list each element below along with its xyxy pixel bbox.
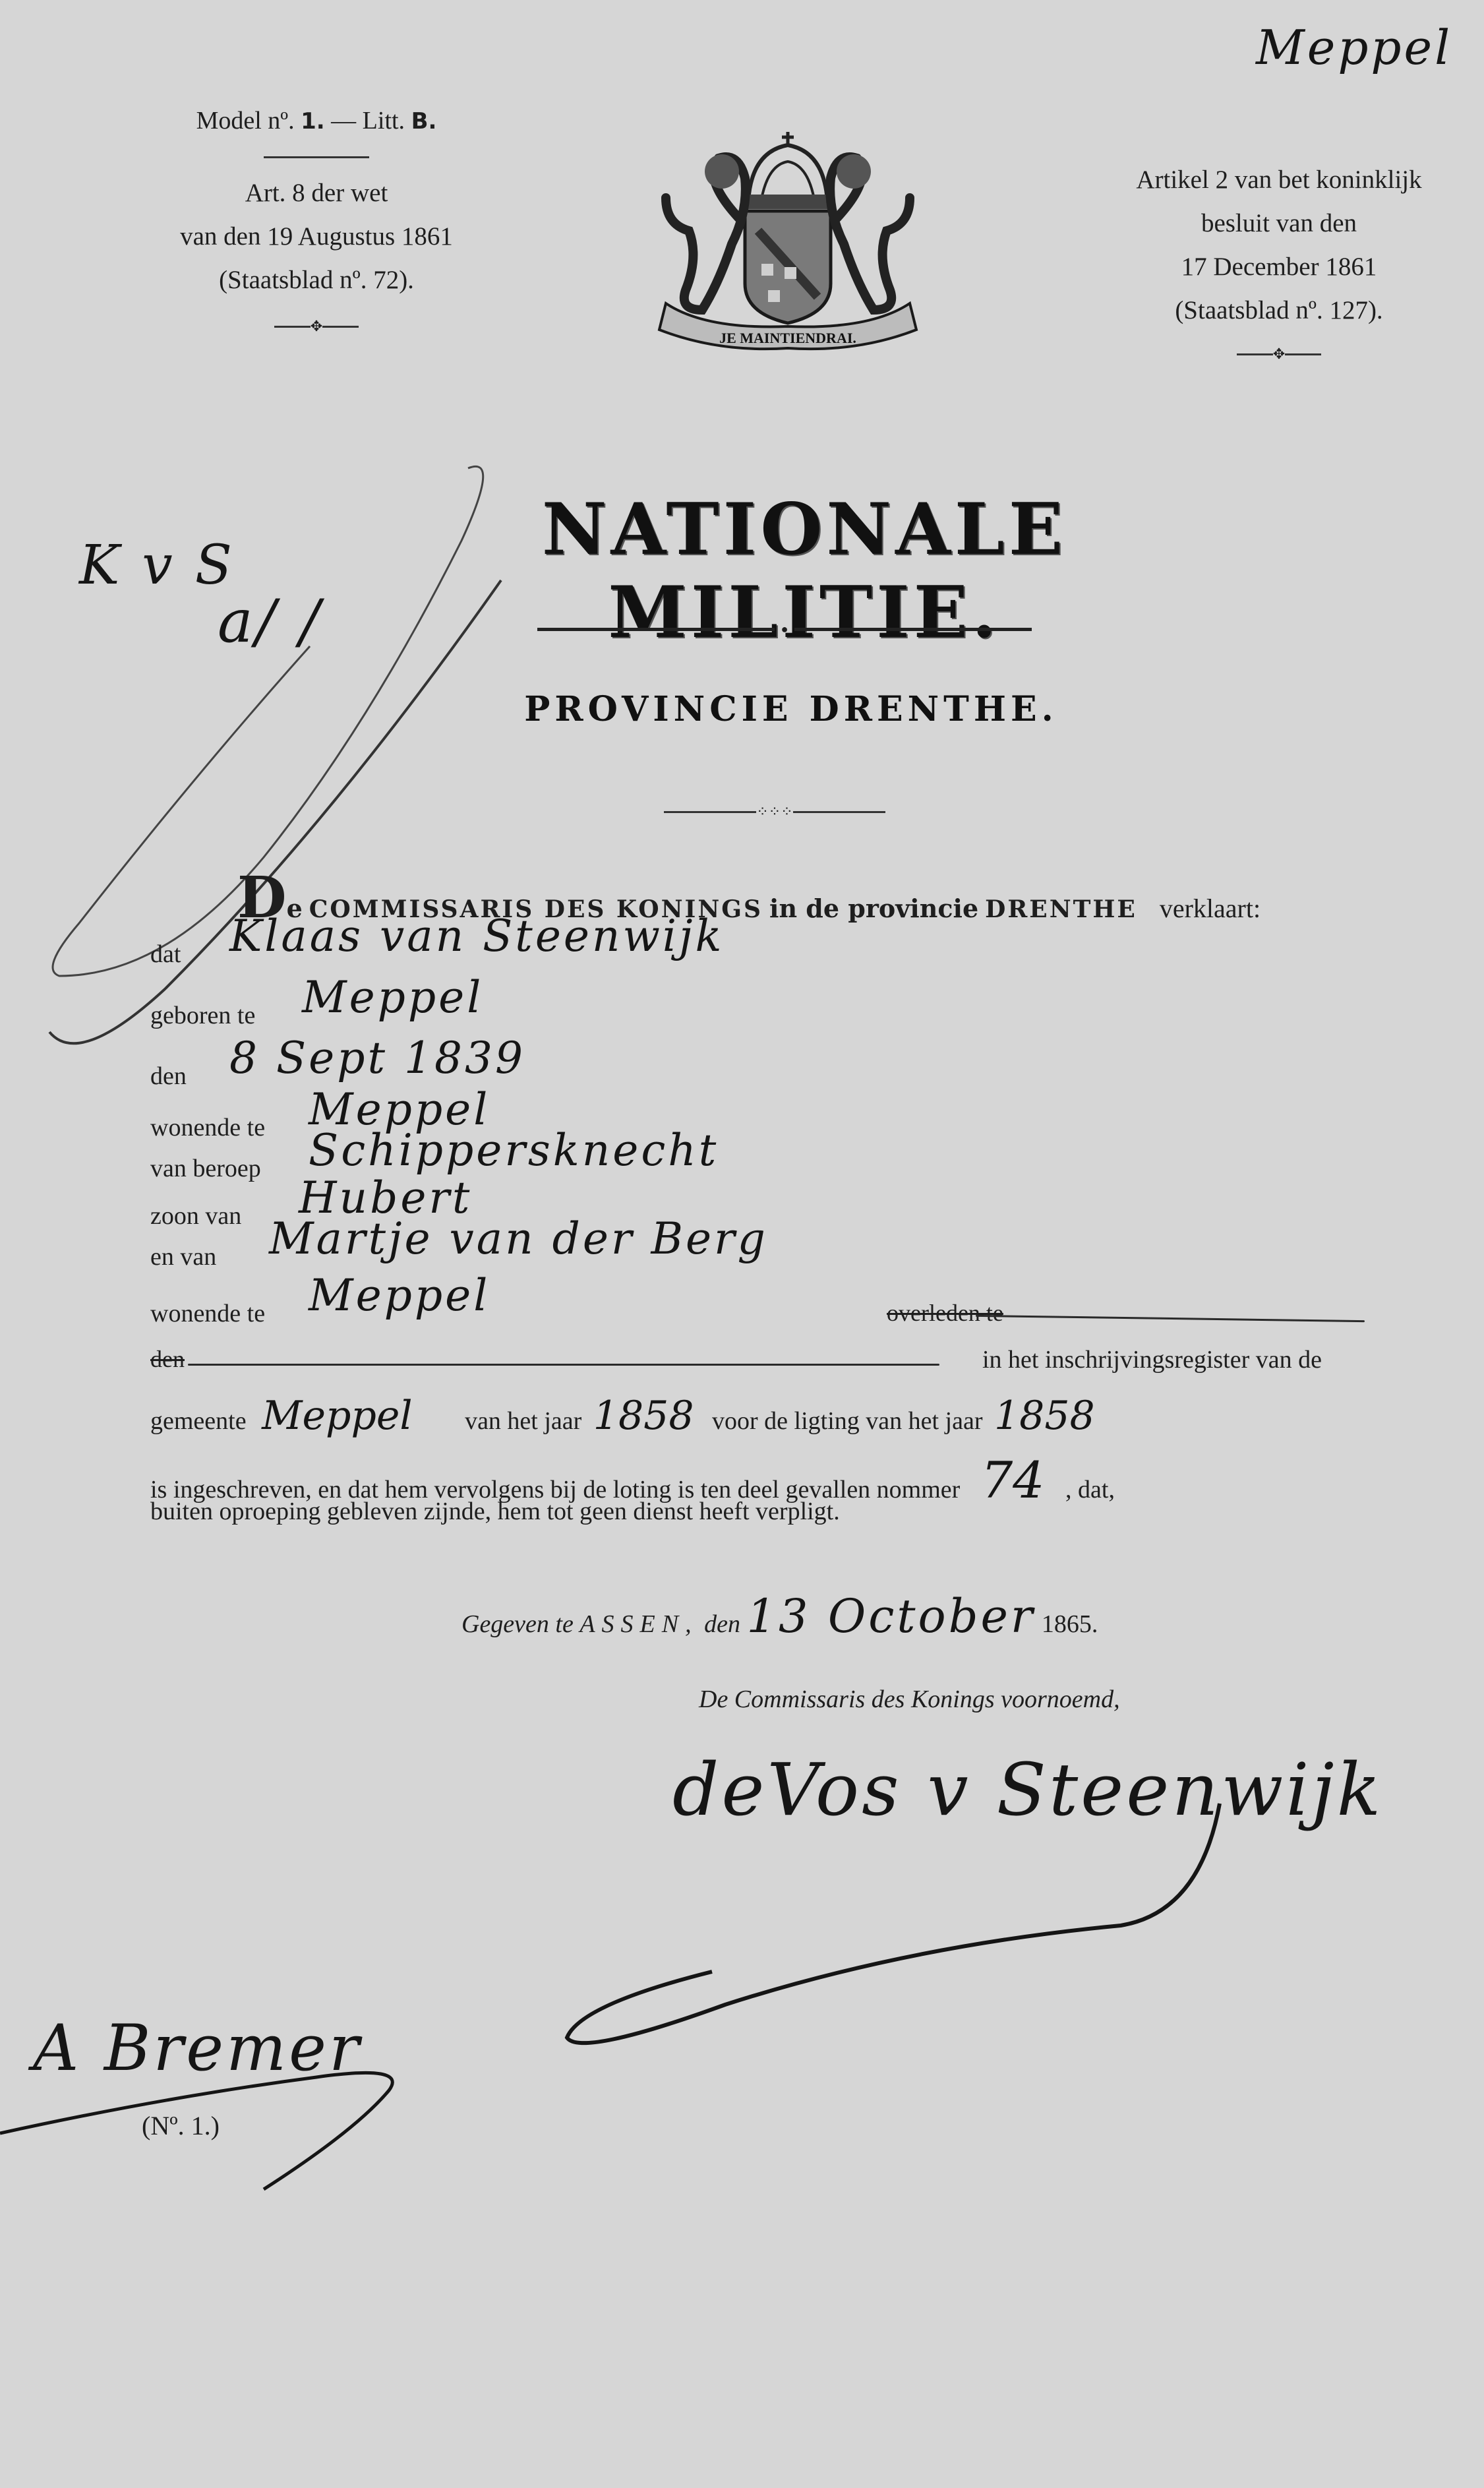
gemeente-value: Meppel <box>262 1393 412 1439</box>
field-occupation: van beroep Schippersknecht <box>150 1154 261 1183</box>
given-prefix: Gegeven te <box>461 1610 574 1638</box>
deceased-label-struck: overleden te <box>887 1299 1003 1327</box>
signature-commissaris: deVos v Steenwijk <box>672 1747 1383 1832</box>
field-residence: wonende te Meppel <box>150 1113 265 1142</box>
field-label: dat <box>150 940 181 969</box>
field-label: geboren te <box>150 1001 255 1030</box>
given-line: Gegeven te ASSEN, den 13 October 1865. <box>461 1589 1098 1643</box>
field-father: zoon van Hubert <box>150 1201 241 1230</box>
field-label: van beroep <box>150 1154 261 1183</box>
field-value: Schippersknecht <box>309 1125 719 1176</box>
given-den: den <box>704 1610 740 1638</box>
closing-line: De Commissaris des Konings voornoemd, <box>699 1685 1120 1714</box>
ligting-label: voor de ligting van het jaar <box>712 1407 983 1435</box>
lottery-end: , dat, <box>1065 1476 1115 1503</box>
field-value: Martje van der Berg <box>269 1213 768 1264</box>
strike-line <box>188 1364 939 1366</box>
field-mother: en van Martje van der Berg <box>150 1242 216 1271</box>
year-label: van het jaar <box>465 1407 581 1435</box>
field-value: 8 Sept 1839 <box>229 1033 525 1083</box>
field-birthdate: den 8 Sept 1839 <box>150 1062 187 1091</box>
gemeente-line: gemeente Meppel van het jaar 1858 voor d… <box>150 1393 1095 1439</box>
signature-bottom: A Bremer <box>33 2011 362 2085</box>
field-label: den <box>150 1062 187 1091</box>
service-line: buiten oproeping gebleven zijnde, hem to… <box>150 1497 840 1526</box>
register-text: in het inschrijvingsregister van de <box>982 1345 1322 1374</box>
field-value: Meppel <box>302 972 483 1023</box>
given-place: ASSEN, <box>579 1610 697 1638</box>
field-value: Klaas van Steenwijk <box>229 911 725 961</box>
subtitle-divider: ⁘⁘⁘ <box>653 804 897 819</box>
given-date: 13 October <box>747 1589 1036 1643</box>
lot-number: 74 <box>981 1451 1045 1509</box>
province-subtitle: PROVINCIE DRENTHE. <box>461 689 1121 729</box>
ligting-value: 1858 <box>994 1393 1095 1439</box>
field-birthplace: geboren te Meppel <box>150 1001 255 1030</box>
field-label: en van <box>150 1242 216 1271</box>
given-year: 1865. <box>1042 1610 1098 1638</box>
field-value: Meppel <box>309 1270 490 1321</box>
field-parents-residence: wonende te Meppel <box>150 1299 265 1328</box>
title-divider: ● <box>534 622 1035 636</box>
field-label: wonende te <box>150 1299 265 1328</box>
field-label: wonende te <box>150 1113 265 1142</box>
field-name: dat Klaas van Steenwijk <box>150 940 181 969</box>
province-name: DRENTHE <box>985 895 1137 923</box>
province-phrase: in de provincie <box>769 894 978 923</box>
declares-label: verklaart: <box>1160 894 1261 923</box>
form-number: (Nº. 1.) <box>142 2110 220 2141</box>
den-label-struck: den <box>150 1345 185 1373</box>
field-label: zoon van <box>150 1201 241 1230</box>
year-value: 1858 <box>593 1393 694 1439</box>
gemeente-label: gemeente <box>150 1407 247 1435</box>
